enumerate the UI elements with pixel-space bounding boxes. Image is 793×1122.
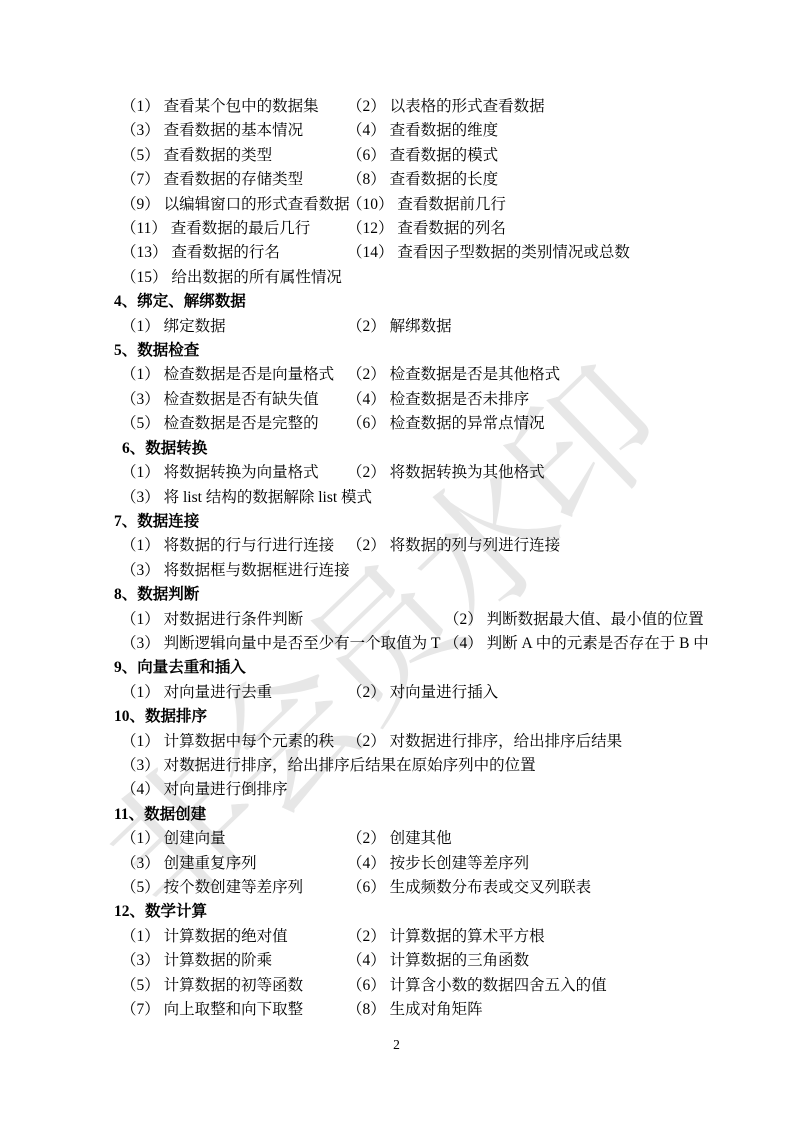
item-text: （2） 将数据的列与列进行连接 [347,534,560,558]
item-row: （3） 将 list 结构的数据解除 list 模式 [114,486,743,510]
item-text: （1） 绑定数据 [121,315,347,339]
item-text: （1） 对向量进行去重 [121,681,347,705]
item-text: （14） 查看因子型数据的类别情况或总数 [347,241,630,265]
item-row: （5） 查看数据的类型（6） 查看数据的模式 [114,144,743,168]
item-row: （3） 判断逻辑向量中是否至少有一个取值为 T（4） 判断 A 中的元素是否存在… [114,632,743,656]
section-header: 8、数据判断 [114,583,743,607]
item-row: （1） 将数据的行与行进行连接（2） 将数据的列与列进行连接 [114,534,743,558]
item-text: （2） 以表格的形式查看数据 [347,95,545,119]
section-header: 9、向量去重和插入 [114,656,743,680]
item-row: （1） 计算数据的绝对值（2） 计算数据的算术平方根 [114,925,743,949]
item-text: （2） 将数据转换为其他格式 [347,461,545,485]
item-text: （4） 对向量进行倒排序 [121,778,288,802]
document-page: 非会员水印 （1） 查看某个包中的数据集（2） 以表格的形式查看数据（3） 查看… [0,0,793,1122]
item-text: （2） 对向量进行插入 [347,681,498,705]
item-text: （1） 将数据的行与行进行连接 [121,534,347,558]
item-row: （7） 查看数据的存储类型（8） 查看数据的长度 [114,168,743,192]
item-row: （15） 给出数据的所有属性情况 [114,266,743,290]
section-header: 12、数学计算 [114,900,743,924]
item-text: （5） 计算数据的初等函数 [121,974,347,998]
item-row: （1） 对向量进行去重（2） 对向量进行插入 [114,681,743,705]
item-text: （1） 对数据进行条件判断 [121,608,444,632]
item-text: （5） 按个数创建等差序列 [121,876,347,900]
section-header: 5、数据检查 [114,339,743,363]
item-row: （7） 向上取整和向下取整（8） 生成对角矩阵 [114,998,743,1022]
item-text: （13） 查看数据的行名 [121,241,347,265]
item-text: （2） 解绑数据 [347,315,452,339]
item-row: （9） 以编辑窗口的形式查看数据（10） 查看数据前几行 [114,193,743,217]
item-row: （3） 创建重复序列（4） 按步长创建等差序列 [114,852,743,876]
item-text: （7） 向上取整和向下取整 [121,998,347,1022]
item-text: （11） 查看数据的最后几行 [121,217,347,241]
item-text: （3） 判断逻辑向量中是否至少有一个取值为 T [121,632,444,656]
item-text: （4） 查看数据的维度 [347,119,498,143]
item-row: （11） 查看数据的最后几行（12） 查看数据的列名 [114,217,743,241]
item-row: （3） 将数据框与数据框进行连接 [114,559,743,583]
section-header: 11、数据创建 [114,803,743,827]
item-row: （1） 对数据进行条件判断（2） 判断数据最大值、最小值的位置 [114,608,743,632]
item-row: （1） 检查数据是否是向量格式（2） 检查数据是否是其他格式 [114,363,743,387]
item-text: （1） 将数据转换为向量格式 [121,461,347,485]
item-text: （3） 将数据框与数据框进行连接 [121,559,350,583]
item-text: （6） 检查数据的异常点情况 [347,412,545,436]
item-row: （5） 检查数据是否是完整的（6） 检查数据的异常点情况 [114,412,743,436]
page-number: 2 [0,1037,793,1053]
item-text: （9） 以编辑窗口的形式查看数据 [121,193,347,217]
section-header: 7、数据连接 [114,510,743,534]
item-text: （3） 创建重复序列 [121,852,347,876]
item-text: （2） 检查数据是否是其他格式 [347,363,560,387]
item-text: （2） 对数据进行排序，给出排序后结果 [347,730,622,754]
item-text: （1） 检查数据是否是向量格式 [121,363,347,387]
item-text: （2） 创建其他 [347,827,452,851]
item-row: （1） 将数据转换为向量格式（2） 将数据转换为其他格式 [114,461,743,485]
item-text: （1） 查看某个包中的数据集 [121,95,347,119]
item-row: （1） 创建向量（2） 创建其他 [114,827,743,851]
document-body: （1） 查看某个包中的数据集（2） 以表格的形式查看数据（3） 查看数据的基本情… [114,95,743,1022]
item-text: （3） 查看数据的基本情况 [121,119,347,143]
item-row: （3） 查看数据的基本情况（4） 查看数据的维度 [114,119,743,143]
item-text: （5） 检查数据是否是完整的 [121,412,347,436]
item-text: （6） 查看数据的模式 [347,144,498,168]
item-row: （3） 检查数据是否有缺失值（4） 检查数据是否未排序 [114,388,743,412]
item-text: （3） 检查数据是否有缺失值 [121,388,347,412]
item-row: （1） 绑定数据（2） 解绑数据 [114,315,743,339]
item-text: （8） 查看数据的长度 [347,168,498,192]
item-text: （8） 生成对角矩阵 [347,998,483,1022]
item-text: （4） 计算数据的三角函数 [347,949,529,973]
item-row: （1） 计算数据中每个元素的秩（2） 对数据进行排序，给出排序后结果 [114,730,743,754]
section-header: 6、数据转换 [114,437,743,461]
item-text: （12） 查看数据的列名 [347,217,506,241]
item-row: （13） 查看数据的行名（14） 查看因子型数据的类别情况或总数 [114,241,743,265]
item-text: （4） 判断 A 中的元素是否存在于 B 中 [444,632,709,656]
item-row: （5） 按个数创建等差序列（6） 生成频数分布表或交叉列联表 [114,876,743,900]
item-text: （4） 按步长创建等差序列 [347,852,529,876]
item-text: （7） 查看数据的存储类型 [121,168,347,192]
item-row: （3） 计算数据的阶乘（4） 计算数据的三角函数 [114,949,743,973]
item-text: （2） 判断数据最大值、最小值的位置 [444,608,704,632]
item-text: （4） 检查数据是否未排序 [347,388,529,412]
item-text: （1） 计算数据中每个元素的秩 [121,730,347,754]
item-row: （1） 查看某个包中的数据集（2） 以表格的形式查看数据 [114,95,743,119]
item-row: （5） 计算数据的初等函数（6） 计算含小数的数据四舍五入的值 [114,974,743,998]
item-text: （15） 给出数据的所有属性情况 [121,266,342,290]
item-text: （6） 生成频数分布表或交叉列联表 [347,876,591,900]
item-text: （5） 查看数据的类型 [121,144,347,168]
item-text: （2） 计算数据的算术平方根 [347,925,545,949]
item-row: （4） 对向量进行倒排序 [114,778,743,802]
section-header: 4、绑定、解绑数据 [114,290,743,314]
item-row: （3） 对数据进行排序，给出排序后结果在原始序列中的位置 [114,754,743,778]
item-text: （3） 将 list 结构的数据解除 list 模式 [121,486,372,510]
item-text: （6） 计算含小数的数据四舍五入的值 [347,974,607,998]
item-text: （10） 查看数据前几行 [347,193,506,217]
item-text: （3） 计算数据的阶乘 [121,949,347,973]
item-text: （1） 计算数据的绝对值 [121,925,347,949]
section-header: 10、数据排序 [114,705,743,729]
item-text: （3） 对数据进行排序，给出排序后结果在原始序列中的位置 [121,754,536,778]
item-text: （1） 创建向量 [121,827,347,851]
